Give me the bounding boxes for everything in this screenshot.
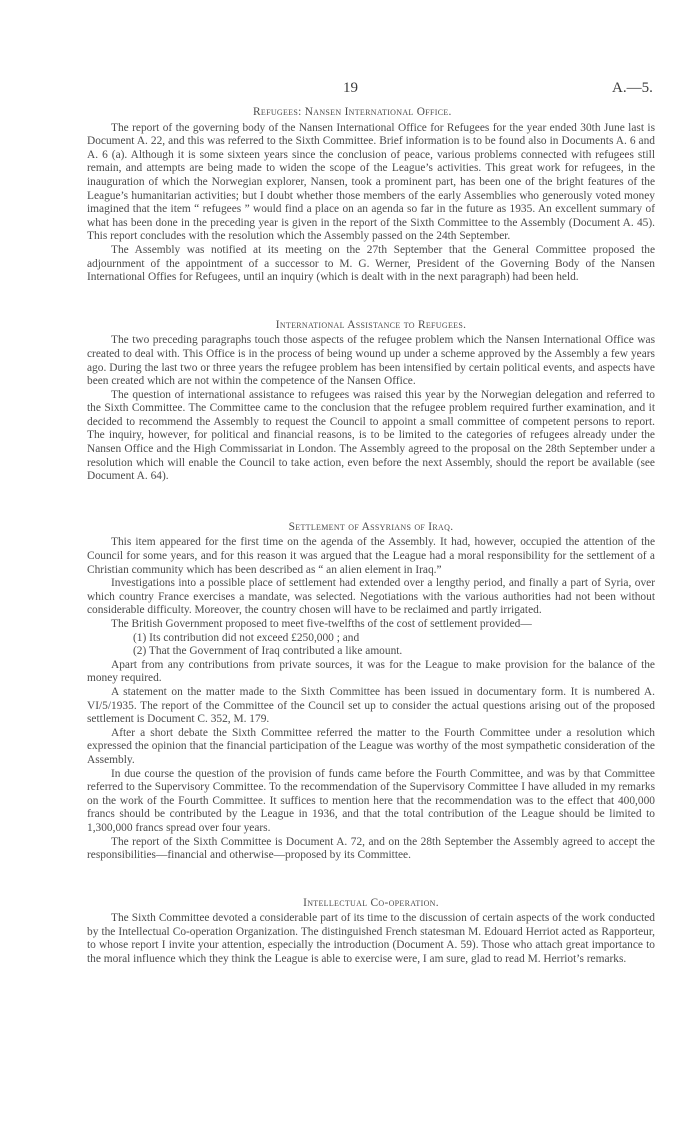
paragraph: The Sixth Committee devoted a considerab…: [87, 912, 655, 966]
paragraph: The two preceding paragraphs touch those…: [87, 334, 655, 388]
section-heading: Intellectual Co-operation.: [87, 897, 655, 911]
section-assyrians-iraq: Settlement of Assyrians of Iraq. This it…: [87, 521, 655, 863]
section-heading: Settlement of Assyrians of Iraq.: [87, 521, 655, 535]
paragraph: The report of the governing body of the …: [87, 122, 655, 244]
paragraph: The Assembly was notified at its meeting…: [87, 244, 655, 285]
section-nansen-office: Refugees: Nansen International Office. T…: [87, 106, 655, 285]
paragraph: A statement on the matter made to the Si…: [87, 686, 655, 727]
list-item: (2) That the Government of Iraq contribu…: [87, 645, 655, 659]
paragraph: The question of international assistance…: [87, 389, 655, 484]
document-reference: A.—5.: [612, 80, 653, 97]
paragraph: The British Government proposed to meet …: [87, 618, 655, 632]
list-item: (1) Its contribution did not exceed £250…: [87, 632, 655, 646]
section-spacer: [87, 863, 655, 897]
paragraph: Investigations into a possible place of …: [87, 577, 655, 618]
paragraph: The report of the Sixth Committee is Doc…: [87, 836, 655, 863]
document-body: Refugees: Nansen International Office. T…: [87, 106, 655, 967]
document-page: 19 A.—5. Refugees: Nansen International …: [0, 0, 700, 1147]
section-heading: Refugees: Nansen International Office.: [87, 106, 655, 120]
section-intellectual-cooperation: Intellectual Co-operation. The Sixth Com…: [87, 897, 655, 967]
page-header: 19 A.—5.: [0, 80, 700, 102]
paragraph: This item appeared for the first time on…: [87, 536, 655, 577]
paragraph: In due course the question of the provis…: [87, 768, 655, 836]
paragraph: After a short debate the Sixth Committee…: [87, 727, 655, 768]
section-spacer: [87, 285, 655, 319]
section-spacer: [87, 484, 655, 521]
section-international-assistance: International Assistance to Refugees. Th…: [87, 319, 655, 484]
paragraph: Apart from any contributions from privat…: [87, 659, 655, 686]
page-number: 19: [343, 80, 358, 97]
section-heading: International Assistance to Refugees.: [87, 319, 655, 333]
